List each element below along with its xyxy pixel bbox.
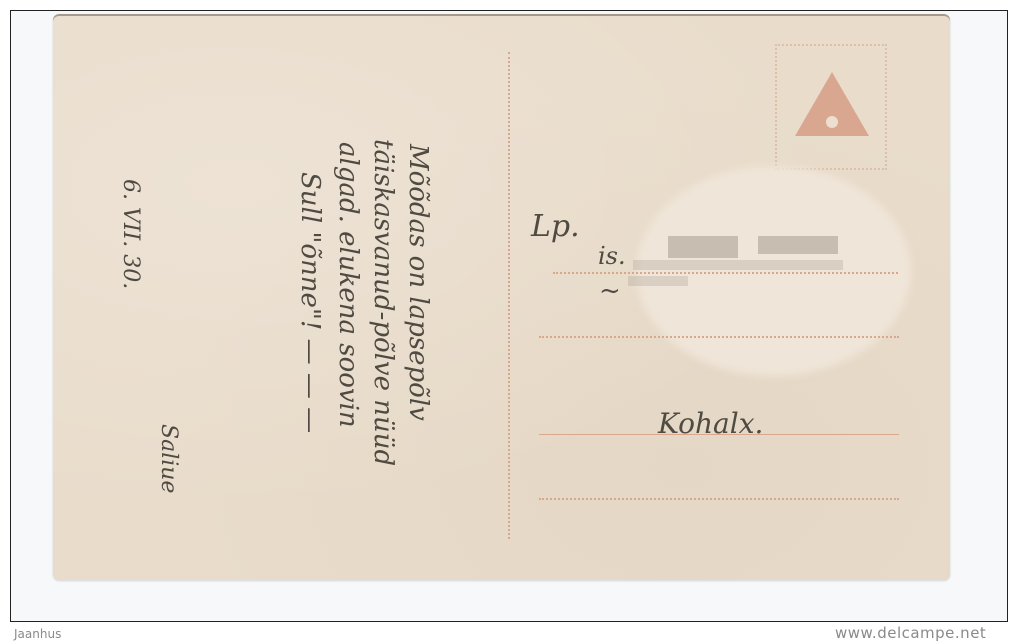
message-line-4: Sull "õnne"! — — —	[295, 172, 325, 433]
stamp-hole	[826, 116, 838, 128]
redaction-oval	[636, 166, 911, 376]
center-divider-line	[508, 52, 510, 539]
redacted-name-block	[633, 260, 843, 270]
address-city: Kohalx.	[658, 407, 763, 440]
message-line-2: täiskasvanud-põlve nüüd	[368, 139, 398, 466]
address-tilde: ~	[599, 276, 621, 306]
message-line-1: Mõõdas on lapsepõlv	[403, 144, 433, 421]
postcard-back: 6. VII. 30. Mõõdas on lapsepõlv täiskasv…	[53, 14, 950, 580]
message-line-3: algad. elukena soovin	[333, 142, 363, 428]
redacted-name-block	[668, 236, 738, 258]
address-prefix: is.	[598, 242, 626, 270]
message-date: 6. VII. 30.	[118, 179, 143, 289]
redacted-name-block	[758, 236, 838, 254]
address-line-4	[539, 498, 899, 500]
watermark-left: Jaanhus	[14, 627, 61, 641]
address-line-3	[539, 434, 899, 435]
message-signature: Saliue	[156, 424, 181, 493]
address-salutation: Lp.	[531, 209, 580, 244]
address-line-1	[553, 272, 898, 274]
stamp-box	[775, 44, 887, 170]
address-line-2	[539, 336, 899, 338]
redacted-name-block	[628, 276, 688, 286]
watermark-right: www.delcampe.net	[835, 624, 986, 642]
